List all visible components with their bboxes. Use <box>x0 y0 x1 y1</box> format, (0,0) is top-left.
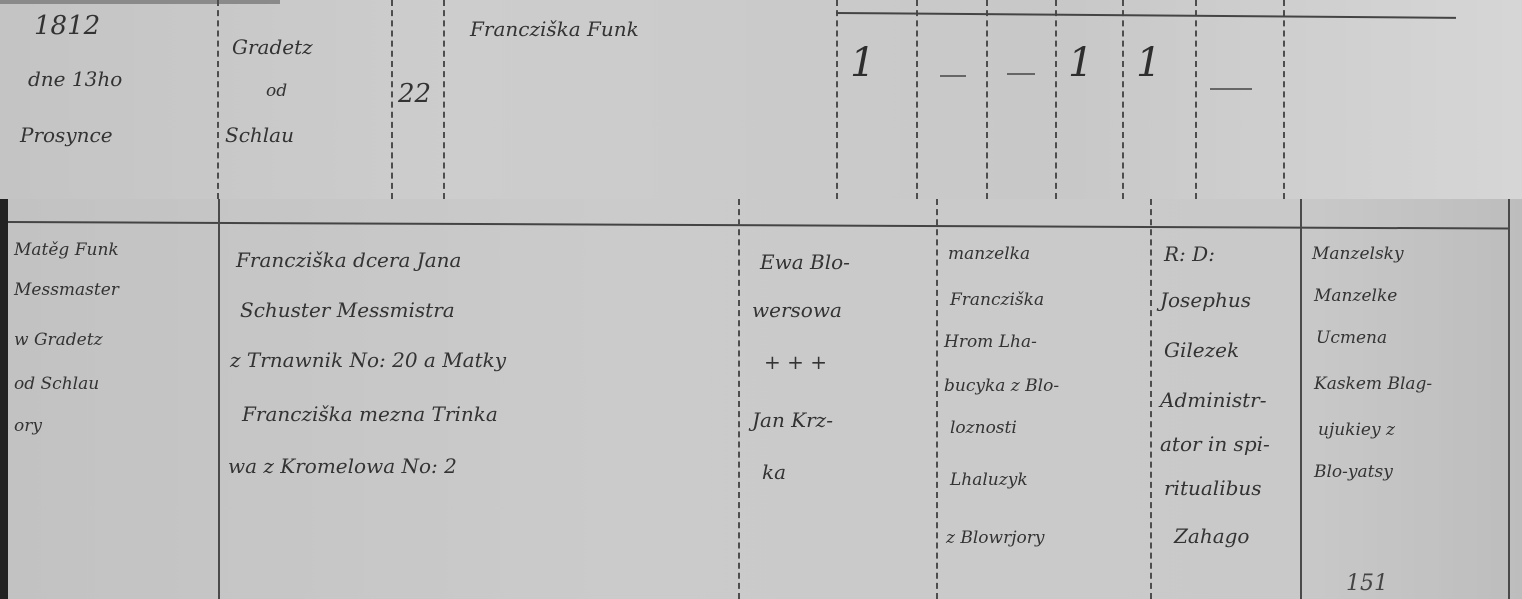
column-rule <box>217 0 219 199</box>
page-number-fragment: 151 <box>1346 571 1388 596</box>
note-line: Ucmena <box>1316 329 1387 349</box>
column-rule <box>1150 199 1152 599</box>
place-line2: od <box>266 82 287 102</box>
priest-line: R: D: <box>1164 243 1215 266</box>
register-strip-top: 1812 dne 13ho Prosynce Gradetz od Schlau… <box>0 0 1522 199</box>
column-rule <box>738 199 740 599</box>
column-rule <box>916 0 918 199</box>
witness-line: Lhaluzyk <box>950 471 1028 491</box>
row-rule <box>8 221 1508 230</box>
mother-line: Schuster Messmistra <box>240 299 455 322</box>
register-strip-bottom: Matěg Funk Messmaster w Gradetz od Schla… <box>0 199 1522 599</box>
mother-line: Francziška mezna Trinka <box>242 403 498 426</box>
godparent-line: wersowa <box>752 299 842 322</box>
mother-line: wa z Kromelowa No: 2 <box>228 455 457 478</box>
column-rule <box>1122 0 1124 199</box>
witness-line: loznosti <box>950 419 1017 439</box>
godparent-crosses: + + + <box>764 351 827 374</box>
priest-line: ritualibus <box>1164 477 1262 500</box>
column-rule <box>391 0 393 199</box>
priest-line: Administr- <box>1160 389 1267 412</box>
note-line: Blo-yatsy <box>1314 463 1393 483</box>
column-rule <box>1195 0 1197 199</box>
tally-boy: 1 <box>850 40 875 86</box>
note-line: Manzelsky <box>1312 245 1404 265</box>
note-line: Manzelke <box>1314 287 1397 307</box>
child-name: Francziška Funk <box>470 18 639 41</box>
tally-legitimate: 1 <box>1136 40 1161 86</box>
father-line: Messmaster <box>14 281 119 301</box>
entry-month: Prosynce <box>20 124 113 147</box>
priest-line: ator in spi- <box>1160 433 1270 456</box>
priest-line: Zahago <box>1174 525 1249 548</box>
column-rule <box>1508 199 1510 599</box>
tally-dash <box>1210 88 1252 90</box>
note-line: ujukiey z <box>1318 421 1395 441</box>
column-rule <box>1283 0 1285 199</box>
entry-day: dne 13ho <box>28 68 122 91</box>
tally-dash <box>940 75 966 77</box>
witness-line: z Blowrjory <box>946 529 1044 549</box>
tally-dash <box>1007 73 1035 75</box>
place-line1: Gradetz <box>232 36 313 59</box>
column-rule <box>986 0 988 199</box>
tally-catholic: 1 <box>1068 40 1093 86</box>
witness-line: manzelka <box>948 245 1030 265</box>
house-number: 22 <box>398 80 431 110</box>
witness-line: bucyka z Blo- <box>944 377 1059 397</box>
godparent-line: Jan Krz- <box>752 409 833 432</box>
priest-line: Gilezek <box>1164 339 1239 362</box>
father-line: od Schlau <box>14 375 99 395</box>
column-rule <box>936 199 938 599</box>
witness-line: Hrom Lha- <box>944 333 1037 353</box>
column-rule <box>1055 0 1057 199</box>
column-rule <box>443 0 445 199</box>
column-rule <box>836 0 838 199</box>
witness-line: Francziška <box>950 291 1044 311</box>
father-line: ory <box>14 417 42 437</box>
page-binding-edge <box>0 199 8 599</box>
mother-line: z Trnawnik No: 20 a Matky <box>230 349 506 372</box>
mother-line: Francziška dcera Jana <box>236 249 461 272</box>
scan-edge <box>0 0 280 4</box>
entry-year: 1812 <box>34 12 100 42</box>
father-line: Matěg Funk <box>14 241 119 261</box>
priest-line: Josephus <box>1160 289 1251 312</box>
header-rule <box>836 12 1456 19</box>
father-line: w Gradetz <box>14 331 103 351</box>
column-rule <box>218 199 220 599</box>
place-line3: Schlau <box>225 124 294 147</box>
godparent-line: ka <box>762 461 786 484</box>
godparent-line: Ewa Blo- <box>760 251 850 274</box>
note-line: Kaskem Blag- <box>1314 375 1432 395</box>
column-rule <box>1300 199 1302 599</box>
